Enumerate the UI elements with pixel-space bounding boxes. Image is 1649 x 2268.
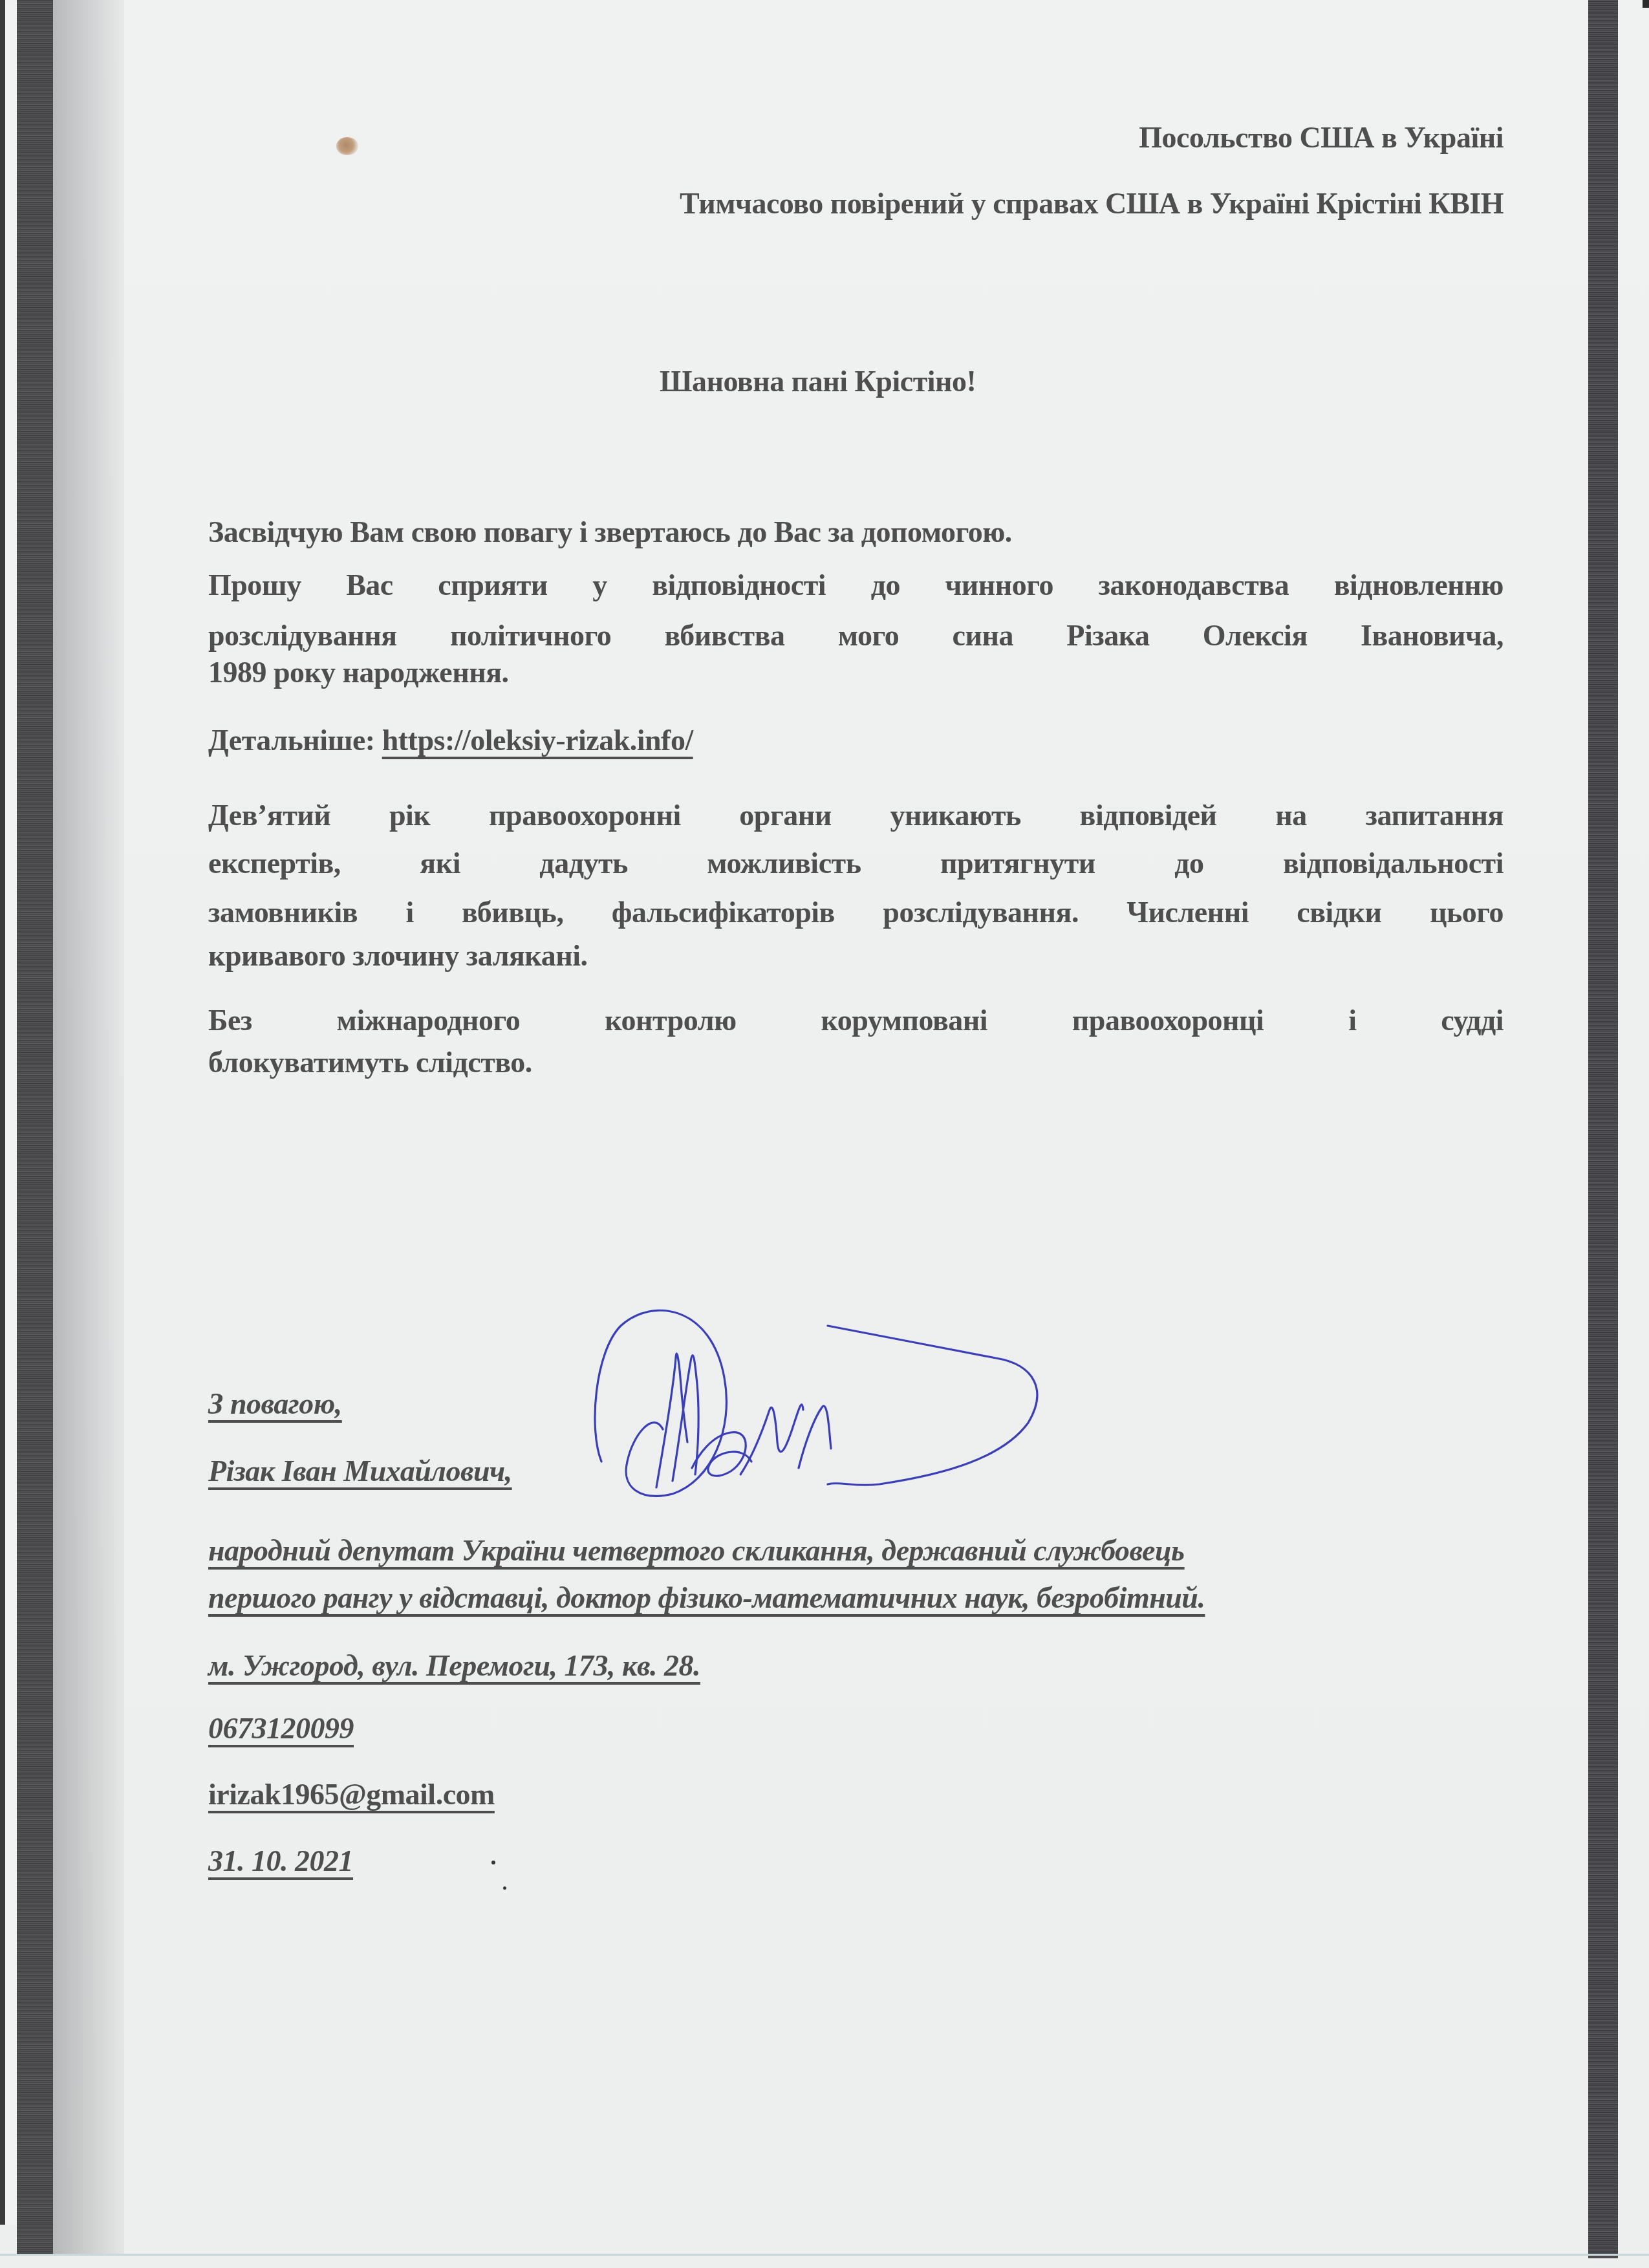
body-p3-line1: Без міжнародного контролю корумповані пр… [208, 1006, 1503, 1035]
handwritten-signature [582, 1300, 1203, 1507]
signer-email[interactable]: irizak1965@gmail.com [208, 1780, 495, 1809]
scan-shadow-right [1588, 0, 1618, 2258]
scanned-letter-page: Посольство США в Україні Тимчасово повір… [0, 0, 1649, 2268]
body-p1-line4: 1989 року народження. [208, 658, 509, 687]
signer-title-line1: народний депутат України четвертого скли… [208, 1536, 1185, 1566]
details-link[interactable]: https://oleksiy-rizak.info/ [382, 724, 693, 757]
scan-border-left [0, 0, 5, 2225]
body-p1-line3: розслідування політичного вбивства мого … [208, 621, 1503, 651]
body-p2-line1: Дев’ятий рік правоохоронні органи уникаю… [208, 801, 1503, 830]
details-line: Детальніше: https://oleksiy-rizak.info/ [208, 726, 693, 755]
body-p2-line3: замовників і вбивць, фальсифікаторів роз… [208, 898, 1503, 927]
body-p2-line2: експертів, які дадуть можливість притягн… [208, 848, 1503, 878]
scan-border-left-strip [5, 6, 17, 2225]
scan-shadow-left [17, 0, 53, 2254]
scan-bottom-edge [0, 2254, 1649, 2256]
body-p1-line2: Прошу Вас сприяти у відповідності до чин… [208, 570, 1503, 600]
signer-phone: 0673120099 [208, 1714, 354, 1744]
body-p3-line2: блокуватимуть слідство. [208, 1048, 532, 1077]
signer-address: м. Ужгород, вул. Перемоги, 173, кв. 28. [208, 1651, 700, 1681]
body-p1-line1: Засвідчую Вам свою повагу і звертаюсь до… [208, 517, 1012, 547]
scan-shadow-left-fade [53, 0, 124, 2254]
salutation: Шановна пані Крістіно! [660, 367, 976, 396]
signer-name: Різак Іван Михайлович, [208, 1456, 512, 1486]
recipient-line-2: Тимчасово повірений у справах США в Укра… [388, 189, 1503, 219]
signer-title-line2: першого рангу у відставці, доктор фізико… [208, 1583, 1205, 1613]
body-p2-line4: кривавого злочину залякані. [208, 941, 587, 971]
ink-speck [491, 1861, 495, 1864]
scan-corner [1643, 0, 1649, 8]
letter-date: 31. 10. 2021 [208, 1846, 353, 1876]
recipient-line-1: Посольство США в Україні [647, 123, 1503, 153]
details-label: Детальніше: [208, 724, 382, 757]
closing-regards: З повагою, [208, 1389, 342, 1419]
ink-speck [503, 1886, 506, 1890]
paper-stain [336, 137, 358, 155]
